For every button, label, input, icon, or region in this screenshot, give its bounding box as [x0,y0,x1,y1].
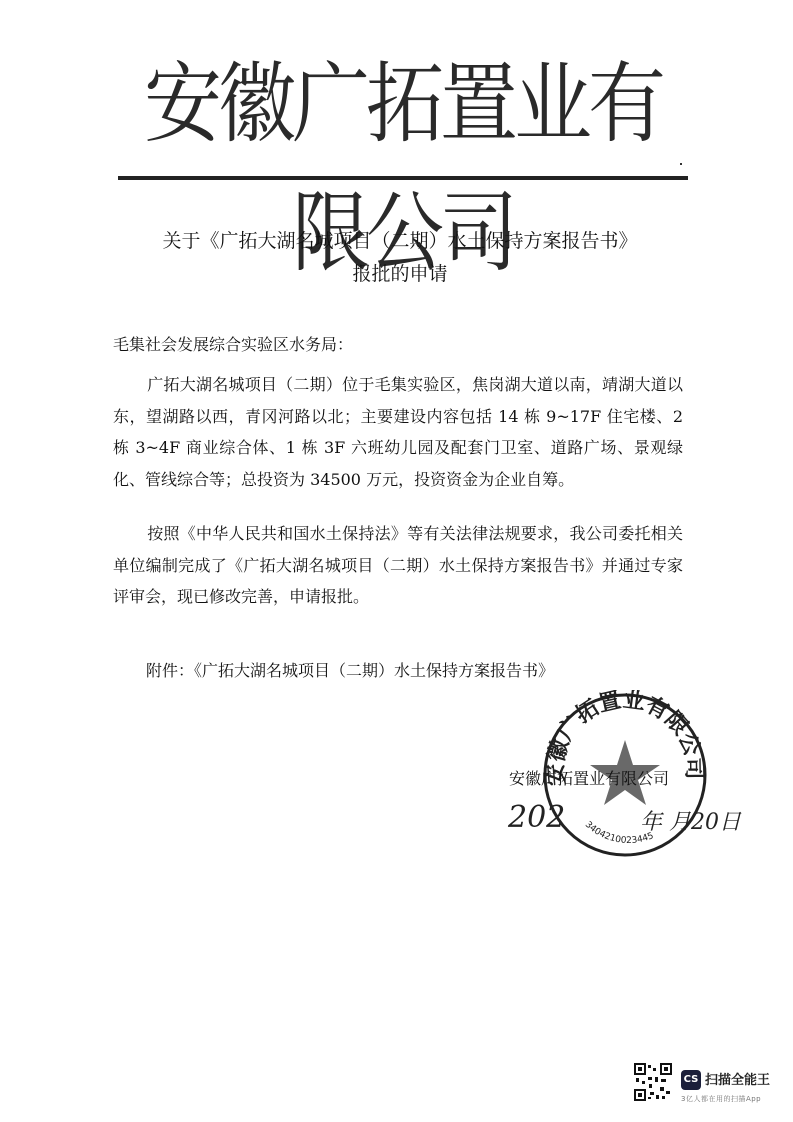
qr-code-icon [634,1063,672,1101]
document-title-line2: 报批的申请 [100,259,700,286]
attachment-line: 附件：《广拓大湖名城项目（二期）水土保持方案报告书》 [146,658,554,681]
handwritten-date-rest: 年 月20日 [640,805,741,836]
scanner-watermark: CS 扫描全能王 3亿人都在用的扫描App [634,1063,784,1115]
camscanner-logo: CS [681,1070,701,1090]
paragraph-1-text: 广拓大湖名城项目（二期）位于毛集实验区，焦岗湖大道以南，靖湖大道以东，望湖路以西… [113,375,683,489]
letterhead-divider [118,176,688,180]
recipient: 毛集社会发展综合实验区水务局： [113,332,353,355]
document-title: 关于《广拓大湖名城项目（二期）水土保持方案报告书》 [100,226,700,253]
scan-speck [680,163,682,165]
paragraph-project-description: 广拓大湖名城项目（二期）位于毛集实验区，焦岗湖大道以南，靖湖大道以东，望湖路以西… [113,369,683,495]
camscanner-name: 扫描全能王 [705,1069,770,1088]
paragraph-2-text: 按照《中华人民共和国水土保持法》等有关法律法规要求，我公司委托相关单位编制完成了… [113,524,683,606]
camscanner-tagline: 3亿人都在用的扫描App [681,1094,761,1104]
handwritten-date-year: 202 [508,800,565,835]
signer-name: 安徽广拓置业有限公司 [509,766,669,789]
company-letterhead: 安徽广拓置业有限公司 [118,41,688,170]
paragraph-request: 按照《中华人民共和国水土保持法》等有关法律法规要求，我公司委托相关单位编制完成了… [113,518,683,613]
